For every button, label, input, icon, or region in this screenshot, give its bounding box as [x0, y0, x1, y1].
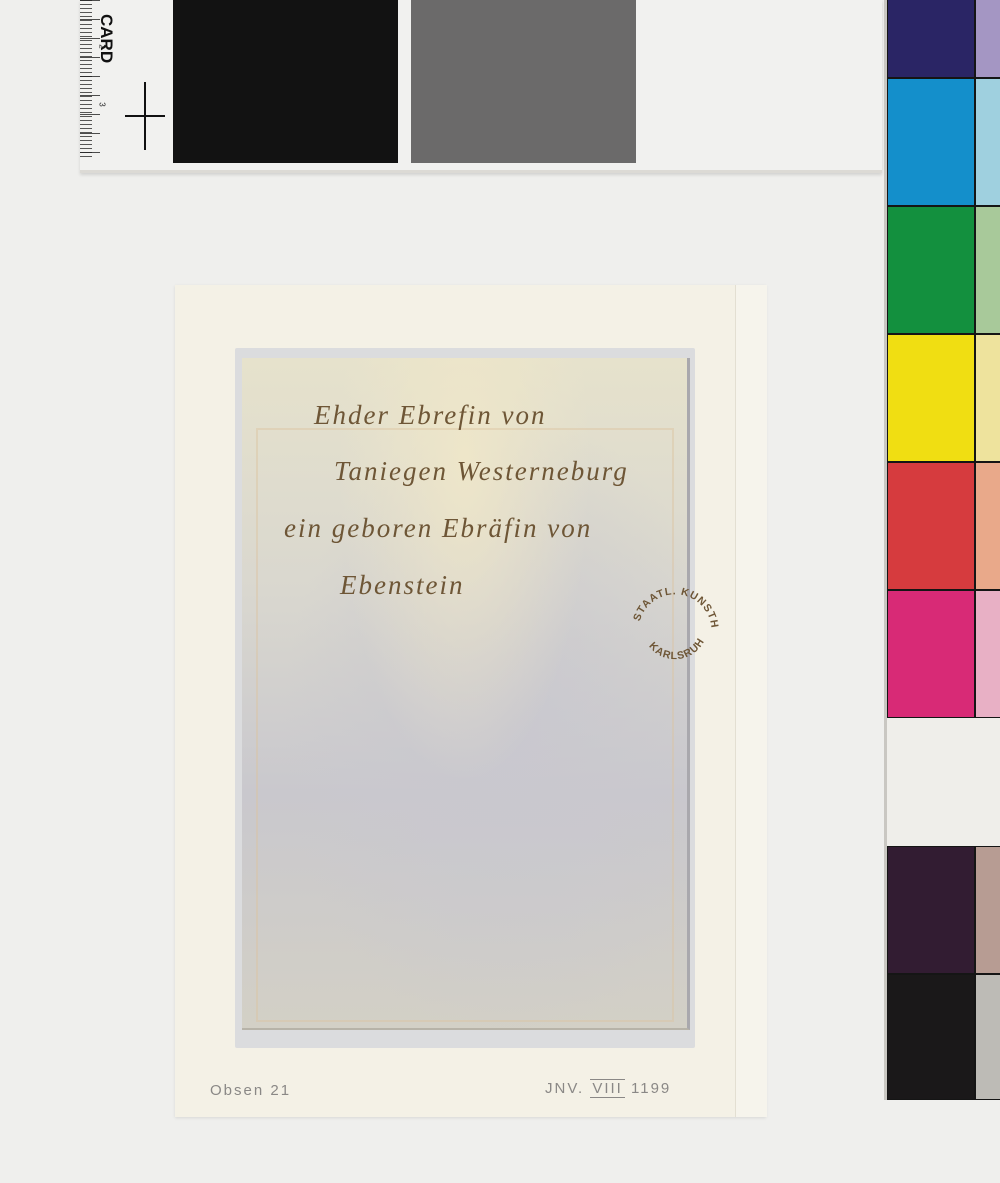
swatch-red	[887, 462, 975, 590]
swatch-yellow	[887, 334, 975, 462]
swatch-green	[887, 206, 975, 334]
pencil-note-left: Obsen 21	[210, 1082, 291, 1099]
museum-stamp: STAATL. KUNSTHALLE KARLSRUHE	[627, 578, 723, 674]
color-calibration-card: 2 3 CARD	[80, 0, 882, 173]
black-patch	[173, 0, 398, 163]
svg-text:STAATL. KUNSTHALLE: STAATL. KUNSTHALLE	[627, 578, 721, 629]
color-checker-strip	[884, 0, 1000, 1100]
swatch-taupe	[975, 846, 1000, 974]
inscription-line: Ebenstein	[340, 570, 464, 601]
swatch-magenta	[887, 590, 975, 718]
mount-hinge-strip	[735, 285, 767, 1117]
inventory-prefix: JNV.	[545, 1080, 584, 1097]
crosshair-icon	[125, 115, 165, 117]
swatch-navy	[887, 0, 975, 78]
swatch-pink	[975, 590, 1000, 718]
swatch-lavender	[975, 0, 1000, 78]
swatch-black	[887, 974, 975, 1100]
ruler-number: 3	[98, 102, 107, 106]
inventory-id: 1199	[631, 1080, 671, 1097]
gray-patch	[411, 0, 636, 163]
swatch-cyan	[887, 78, 975, 206]
inscription-line: Ehder Ebrefin von	[314, 400, 546, 431]
artwork-verso: Ehder Ebrefin von Taniegen Westerneburg …	[242, 358, 690, 1030]
inventory-number: JNV. VIII 1199	[545, 1080, 671, 1097]
inscription-line: ein geboren Ebräfin von	[284, 513, 592, 544]
swatch-dark-purple	[887, 846, 975, 974]
swatch-light-yellow	[975, 334, 1000, 462]
swatch-salmon	[975, 462, 1000, 590]
paper-mount: Ehder Ebrefin von Taniegen Westerneburg …	[175, 285, 766, 1117]
swatch-light-gray	[975, 974, 1000, 1100]
swatch-white	[887, 718, 1000, 846]
stamp-icon: STAATL. KUNSTHALLE KARLSRUHE	[627, 578, 723, 674]
swatch-light-green	[975, 206, 1000, 334]
card-label: CARD	[96, 14, 116, 63]
inscription-line: Taniegen Westerneburg	[334, 456, 629, 487]
swatch-light-cyan	[975, 78, 1000, 206]
inventory-volume: VIII	[590, 1079, 625, 1098]
